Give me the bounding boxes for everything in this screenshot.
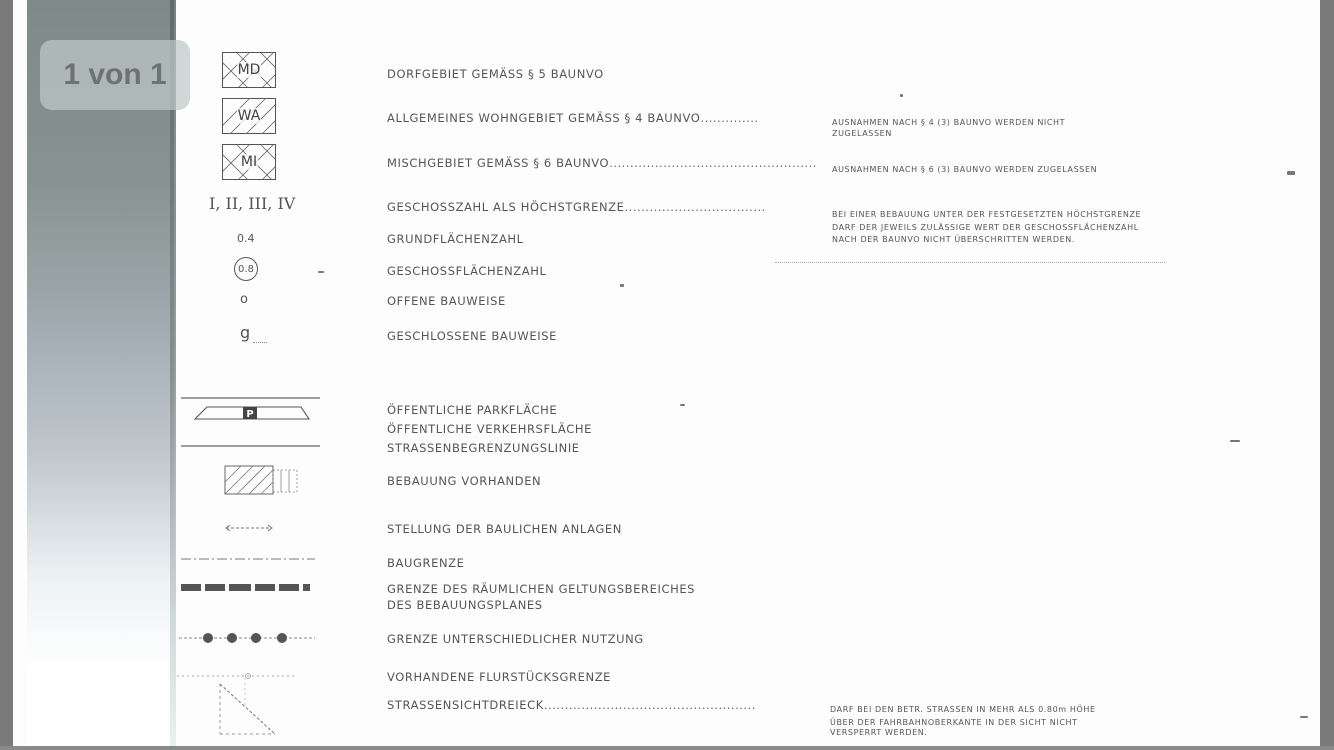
scan-binding-shadow: [27, 0, 174, 746]
scan-speck: [620, 284, 624, 287]
leader-dots: ..................................: [625, 200, 766, 214]
zone-symbol-md-label: MD: [237, 62, 262, 78]
legend-label-geschossflaechenzahl: GESCHOSSFLÄCHENZAHL: [387, 264, 547, 278]
scan-speck: [680, 404, 685, 406]
viewer-bottom-edge: [0, 746, 1334, 750]
legend-label-offene-bauweise: OFFENE BAUWEISE: [387, 294, 506, 308]
symbol-grundflaechenzahl: 0.4: [237, 232, 255, 245]
dotted-circle-line-icon: [179, 633, 315, 643]
leader-dots: ........................................…: [609, 156, 817, 170]
legend-label-wohngebiet: ALLGEMEINES WOHNGEBIET GEMÄSS § 4 BAUNVO…: [387, 111, 759, 125]
scan-speck: [1287, 171, 1295, 175]
legend-label-geltungsbereich-line2: DES BEBAUUNGSPLANES: [387, 598, 543, 612]
note-wohngebiet: AUSNAHMEN NACH § 4 (3) BAUNVO WERDEN NIC…: [832, 117, 1065, 140]
zone-symbol-mi-label: MI: [240, 154, 258, 170]
svg-text:P: P: [246, 409, 253, 420]
note-line: DARF BEI DEN BETR. STRASSEN IN MEHR ALS …: [830, 704, 1096, 717]
legend-label-grundflaechenzahl: GRUNDFLÄCHENZAHL: [387, 232, 524, 246]
leader-dots: ........................................…: [544, 698, 756, 712]
legend-label-baugrenze: BAUGRENZE: [387, 556, 465, 570]
sight-triangle-symbols: [175, 668, 325, 743]
legend-label-stellung: STELLUNG DER BAULICHEN ANLAGEN: [387, 522, 622, 536]
underline-mark: [253, 342, 267, 343]
note-line: BEI EINER BEBAUUNG UNTER DER FESTGESETZT…: [832, 209, 1141, 222]
double-arrow-icon: [220, 520, 280, 536]
zone-symbol-wa: WA: [222, 98, 276, 134]
leader-dots: ..............: [700, 111, 758, 125]
scan-speck: [318, 271, 324, 273]
legend-label-verkehrsflaeche: ÖFFENTLICHE VERKEHRSFLÄCHE: [387, 422, 592, 436]
symbol-geschossflaechenzahl: 0.8: [234, 257, 258, 281]
scan-speck: [1300, 716, 1308, 718]
symbol-storeys: I, II, III, IV: [209, 194, 295, 213]
note-line: DARF DER JEWEILS ZULÄSSIGE WERT DER GESC…: [832, 222, 1141, 235]
symbol-geschlossene-bauweise: g: [240, 323, 250, 342]
note-line: NACH DER BAUNVO NICHT ÜBERSCHRITTEN WERD…: [832, 234, 1141, 247]
faint-scan-line: [775, 262, 1165, 263]
zone-symbol-md: MD: [222, 52, 276, 88]
legend-label-mischgebiet-text: MISCHGEBIET GEMÄSS § 6 BAUNVO: [387, 156, 609, 170]
legend-label-geltungsbereich: GRENZE DES RÄUMLICHEN GELTUNGSBEREICHES: [387, 582, 695, 596]
note-mischgebiet: AUSNAHMEN NACH § 6 (3) BAUNVO WERDEN ZUG…: [832, 164, 1097, 177]
note-line: AUSNAHMEN NACH § 6 (3) BAUNVO WERDEN ZUG…: [832, 164, 1097, 177]
legend-label-parkflaeche: ÖFFENTLICHE PARKFLÄCHE: [387, 403, 557, 417]
note-sichtdreieck: DARF BEI DEN BETR. STRASSEN IN MEHR ALS …: [830, 704, 1096, 740]
legend-label-bebauung-vorhanden: BEBAUUNG VORHANDEN: [387, 474, 541, 488]
legend-label-dorfgebiet: DORFGEBIET GEMÄSS § 5 BAUNVO: [387, 67, 604, 81]
legend-label-sichtdreieck: STRASSENSICHTDREIECK....................…: [387, 698, 756, 712]
parking-traffic-symbols: P: [175, 390, 335, 510]
thick-dashed-line-icon: [181, 584, 310, 591]
legend-label-geschosszahl: GESCHOSSZAHL ALS HÖCHSTGRENZE...........…: [387, 200, 766, 214]
page-indicator: 1 von 1: [40, 40, 190, 110]
zone-symbol-mi: MI: [222, 144, 276, 180]
legend-label-geschosszahl-text: GESCHOSSZAHL ALS HÖCHSTGRENZE: [387, 200, 625, 214]
legend-label-nutzungsgrenze: GRENZE UNTERSCHIEDLICHER NUTZUNG: [387, 632, 644, 646]
symbol-offene-bauweise: o: [240, 292, 248, 307]
legend-label-mischgebiet: MISCHGEBIET GEMÄSS § 6 BAUNVO...........…: [387, 156, 817, 170]
note-geschosszahl: BEI EINER BEBAUUNG UNTER DER FESTGESETZT…: [832, 209, 1141, 247]
legend-label-sichtdreieck-text: STRASSENSICHTDREIECK: [387, 698, 544, 712]
scan-speck: [900, 94, 903, 97]
scan-speck: [1230, 440, 1240, 442]
boundary-line-symbols: [175, 552, 325, 652]
legend-label-geschlossene-bauweise: GESCHLOSSENE BAUWEISE: [387, 329, 557, 343]
legend-label-flurstuecksgrenze: VORHANDENE FLURSTÜCKSGRENZE: [387, 670, 611, 684]
sight-triangle-icon: [220, 678, 275, 734]
existing-building-icon: [225, 466, 297, 494]
zone-symbol-wa-label: WA: [237, 108, 262, 124]
legend-label-strassenbegrenzungslinie: STRASSENBEGRENZUNGSLINIE: [387, 441, 580, 455]
legend-label-wohngebiet-text: ALLGEMEINES WOHNGEBIET GEMÄSS § 4 BAUNVO: [387, 111, 700, 125]
